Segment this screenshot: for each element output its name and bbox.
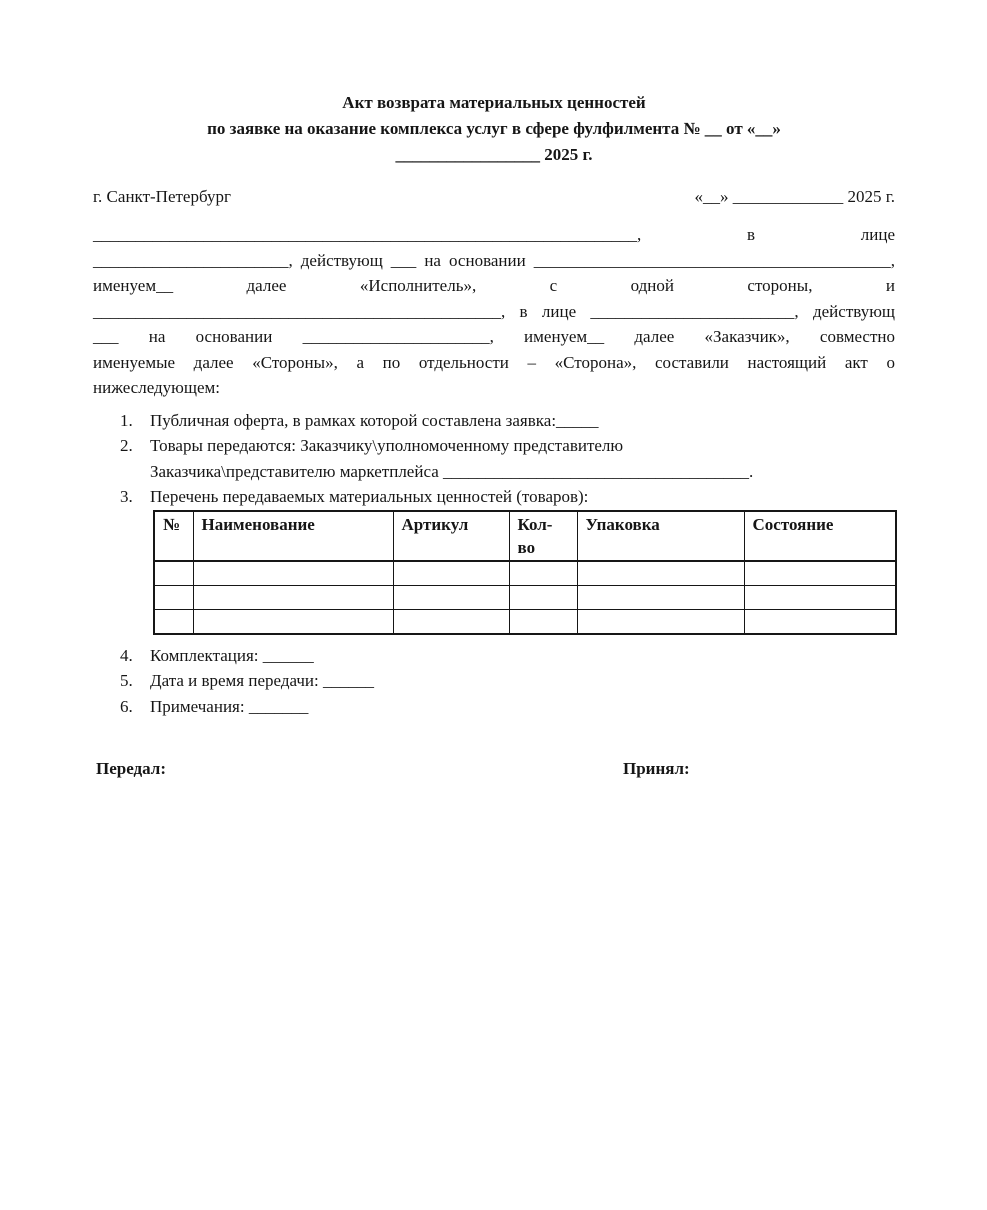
list-item-1: 1. Публичная оферта, в рамках которой со…	[93, 408, 895, 434]
table-cell	[154, 609, 193, 634]
numbered-list: 1. Публичная оферта, в рамках которой со…	[93, 408, 895, 720]
table-header-condition: Состояние	[744, 511, 896, 561]
item-text: Товары передаются: Заказчику\уполномочен…	[150, 433, 895, 484]
document-page: Акт возврата материальных ценностей по з…	[0, 0, 987, 1210]
item-text: Перечень передаваемых материальных ценно…	[150, 484, 895, 510]
item-number: 1.	[120, 408, 150, 434]
table-cell	[577, 585, 744, 609]
table-row	[154, 561, 896, 586]
table-row	[154, 609, 896, 634]
list-item-4: 4. Комплектация: ______	[93, 643, 895, 669]
list-item-5: 5. Дата и время передачи: ______	[93, 668, 895, 694]
list-item-2: 2. Товары передаются: Заказчику\уполномо…	[93, 433, 895, 484]
table-cell	[577, 609, 744, 634]
item-text: Комплектация: ______	[150, 643, 895, 669]
item-text-line: Заказчика\представителю маркетплейса ___…	[150, 459, 895, 485]
item-text: Примечания: _______	[150, 694, 895, 720]
table-cell	[193, 585, 393, 609]
item-number: 6.	[120, 694, 150, 720]
item-number: 2.	[120, 433, 150, 484]
document-title: Акт возврата материальных ценностей по з…	[93, 90, 895, 168]
preamble-line: ________________________________________…	[93, 299, 895, 325]
preamble-line: именуемые далее «Стороны», а по отдельно…	[93, 350, 895, 376]
table-cell	[193, 561, 393, 586]
title-line-2: по заявке на оказание комплекса услуг в …	[93, 116, 895, 142]
item-number: 3.	[120, 484, 150, 510]
table-cell	[744, 561, 896, 586]
title-line-3: _________________ 2025 г.	[93, 142, 895, 168]
preamble-paragraph: ________________________________________…	[93, 222, 895, 401]
table-header-article: Артикул	[393, 511, 509, 561]
item-number: 5.	[120, 668, 150, 694]
title-line-1: Акт возврата материальных ценностей	[93, 90, 895, 116]
table-cell	[509, 609, 577, 634]
item-text: Публичная оферта, в рамках которой соста…	[150, 408, 895, 434]
dateline-date: «__» _____________ 2025 г.	[694, 184, 895, 209]
signature-received-label: Принял:	[623, 759, 690, 779]
preamble-line: нижеследующем:	[93, 375, 895, 401]
table-cell	[393, 609, 509, 634]
preamble-line: ___ на основании ______________________,…	[93, 324, 895, 350]
table-cell	[744, 609, 896, 634]
table-header-packaging: Упаковка	[577, 511, 744, 561]
table-header-number: №	[154, 511, 193, 561]
numbered-list-continued: 4. Комплектация: ______ 5. Дата и время …	[93, 643, 895, 720]
table-cell	[509, 561, 577, 586]
item-text-line: Товары передаются: Заказчику\уполномочен…	[150, 433, 895, 459]
list-item-3: 3. Перечень передаваемых материальных це…	[93, 484, 895, 510]
table-cell	[154, 561, 193, 586]
table-cell	[744, 585, 896, 609]
table-cell	[577, 561, 744, 586]
table-header-row: № Наименование Артикул Кол-во Упаковка С…	[154, 511, 896, 561]
goods-table: № Наименование Артикул Кол-во Упаковка С…	[153, 510, 897, 635]
table-cell	[509, 585, 577, 609]
table-header-name: Наименование	[193, 511, 393, 561]
table-row	[154, 585, 896, 609]
table-header-quantity: Кол-во	[509, 511, 577, 561]
item-text: Дата и время передачи: ______	[150, 668, 895, 694]
preamble-line: _______________________, действующ ___ н…	[93, 248, 895, 274]
preamble-line: именуем__ далее «Исполнитель», с одной с…	[93, 273, 895, 299]
table-cell	[154, 585, 193, 609]
dateline-city: г. Санкт-Петербург	[93, 184, 231, 209]
preamble-line: ________________________________________…	[93, 222, 895, 248]
signature-transferred-label: Передал:	[96, 759, 166, 779]
item-number: 4.	[120, 643, 150, 669]
dateline: г. Санкт-Петербург «__» _____________ 20…	[93, 184, 895, 209]
signature-block: Передал: Принял:	[93, 759, 895, 787]
table-cell	[393, 585, 509, 609]
list-item-6: 6. Примечания: _______	[93, 694, 895, 720]
table-cell	[393, 561, 509, 586]
table-cell	[193, 609, 393, 634]
